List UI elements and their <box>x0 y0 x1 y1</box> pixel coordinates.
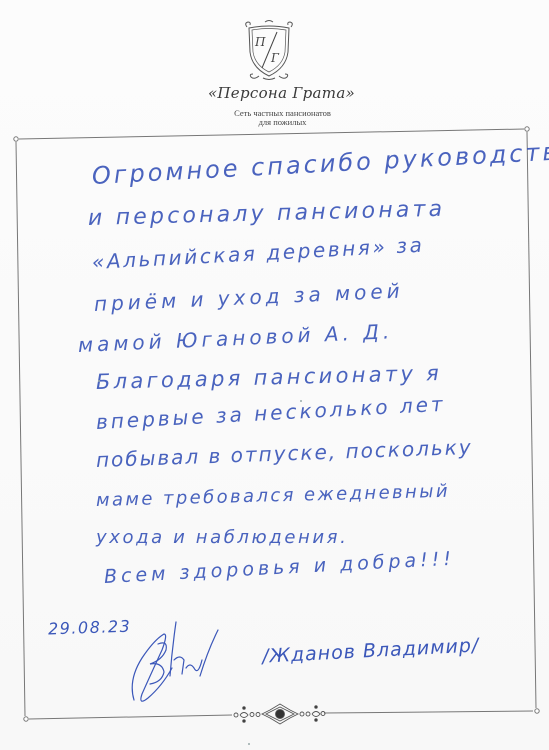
shield-monogram-icon: П Г <box>241 18 297 82</box>
scan-speck <box>248 743 250 745</box>
letter-line-7: впервые за несколько лет <box>95 392 446 434</box>
letter-line-11: Всем здоровья и добра!!! <box>103 548 455 588</box>
letter-line-6: Благодаря пансионату я <box>96 361 443 394</box>
signatory-name: /Жданов Владимир/ <box>262 634 480 667</box>
letter-line-5: мамой Югановой А. Д. <box>77 319 393 357</box>
letter-line-8: побывал в отпуске, поскольку <box>96 435 473 472</box>
letter-page: П Г «Персона Грата» Сеть частных пансион… <box>0 0 549 750</box>
letter-line-9: маме требовался ежедневный <box>96 481 450 511</box>
letter-line-4: приём и уход за моей <box>93 278 404 315</box>
scan-speck <box>300 400 302 402</box>
brand-name: «Персона Грата» <box>0 84 549 102</box>
tagline-line-2: для пожилых <box>0 117 549 127</box>
letter-line-2: и персоналу пансионата <box>88 197 446 231</box>
signature-mark <box>128 620 238 710</box>
letter-line-10: ухода и наблюдения. <box>96 527 348 548</box>
svg-text:Г: Г <box>270 51 280 65</box>
scroll-ornament-icon <box>234 704 325 724</box>
svg-text:П: П <box>254 35 266 49</box>
scan-speck <box>98 380 100 382</box>
letter-date: 29.08.23 <box>48 617 132 639</box>
letter-line-3: «Альпийская деревня» за <box>91 233 425 274</box>
letter-line-1: Огромное спасибо руководству <box>91 137 549 190</box>
